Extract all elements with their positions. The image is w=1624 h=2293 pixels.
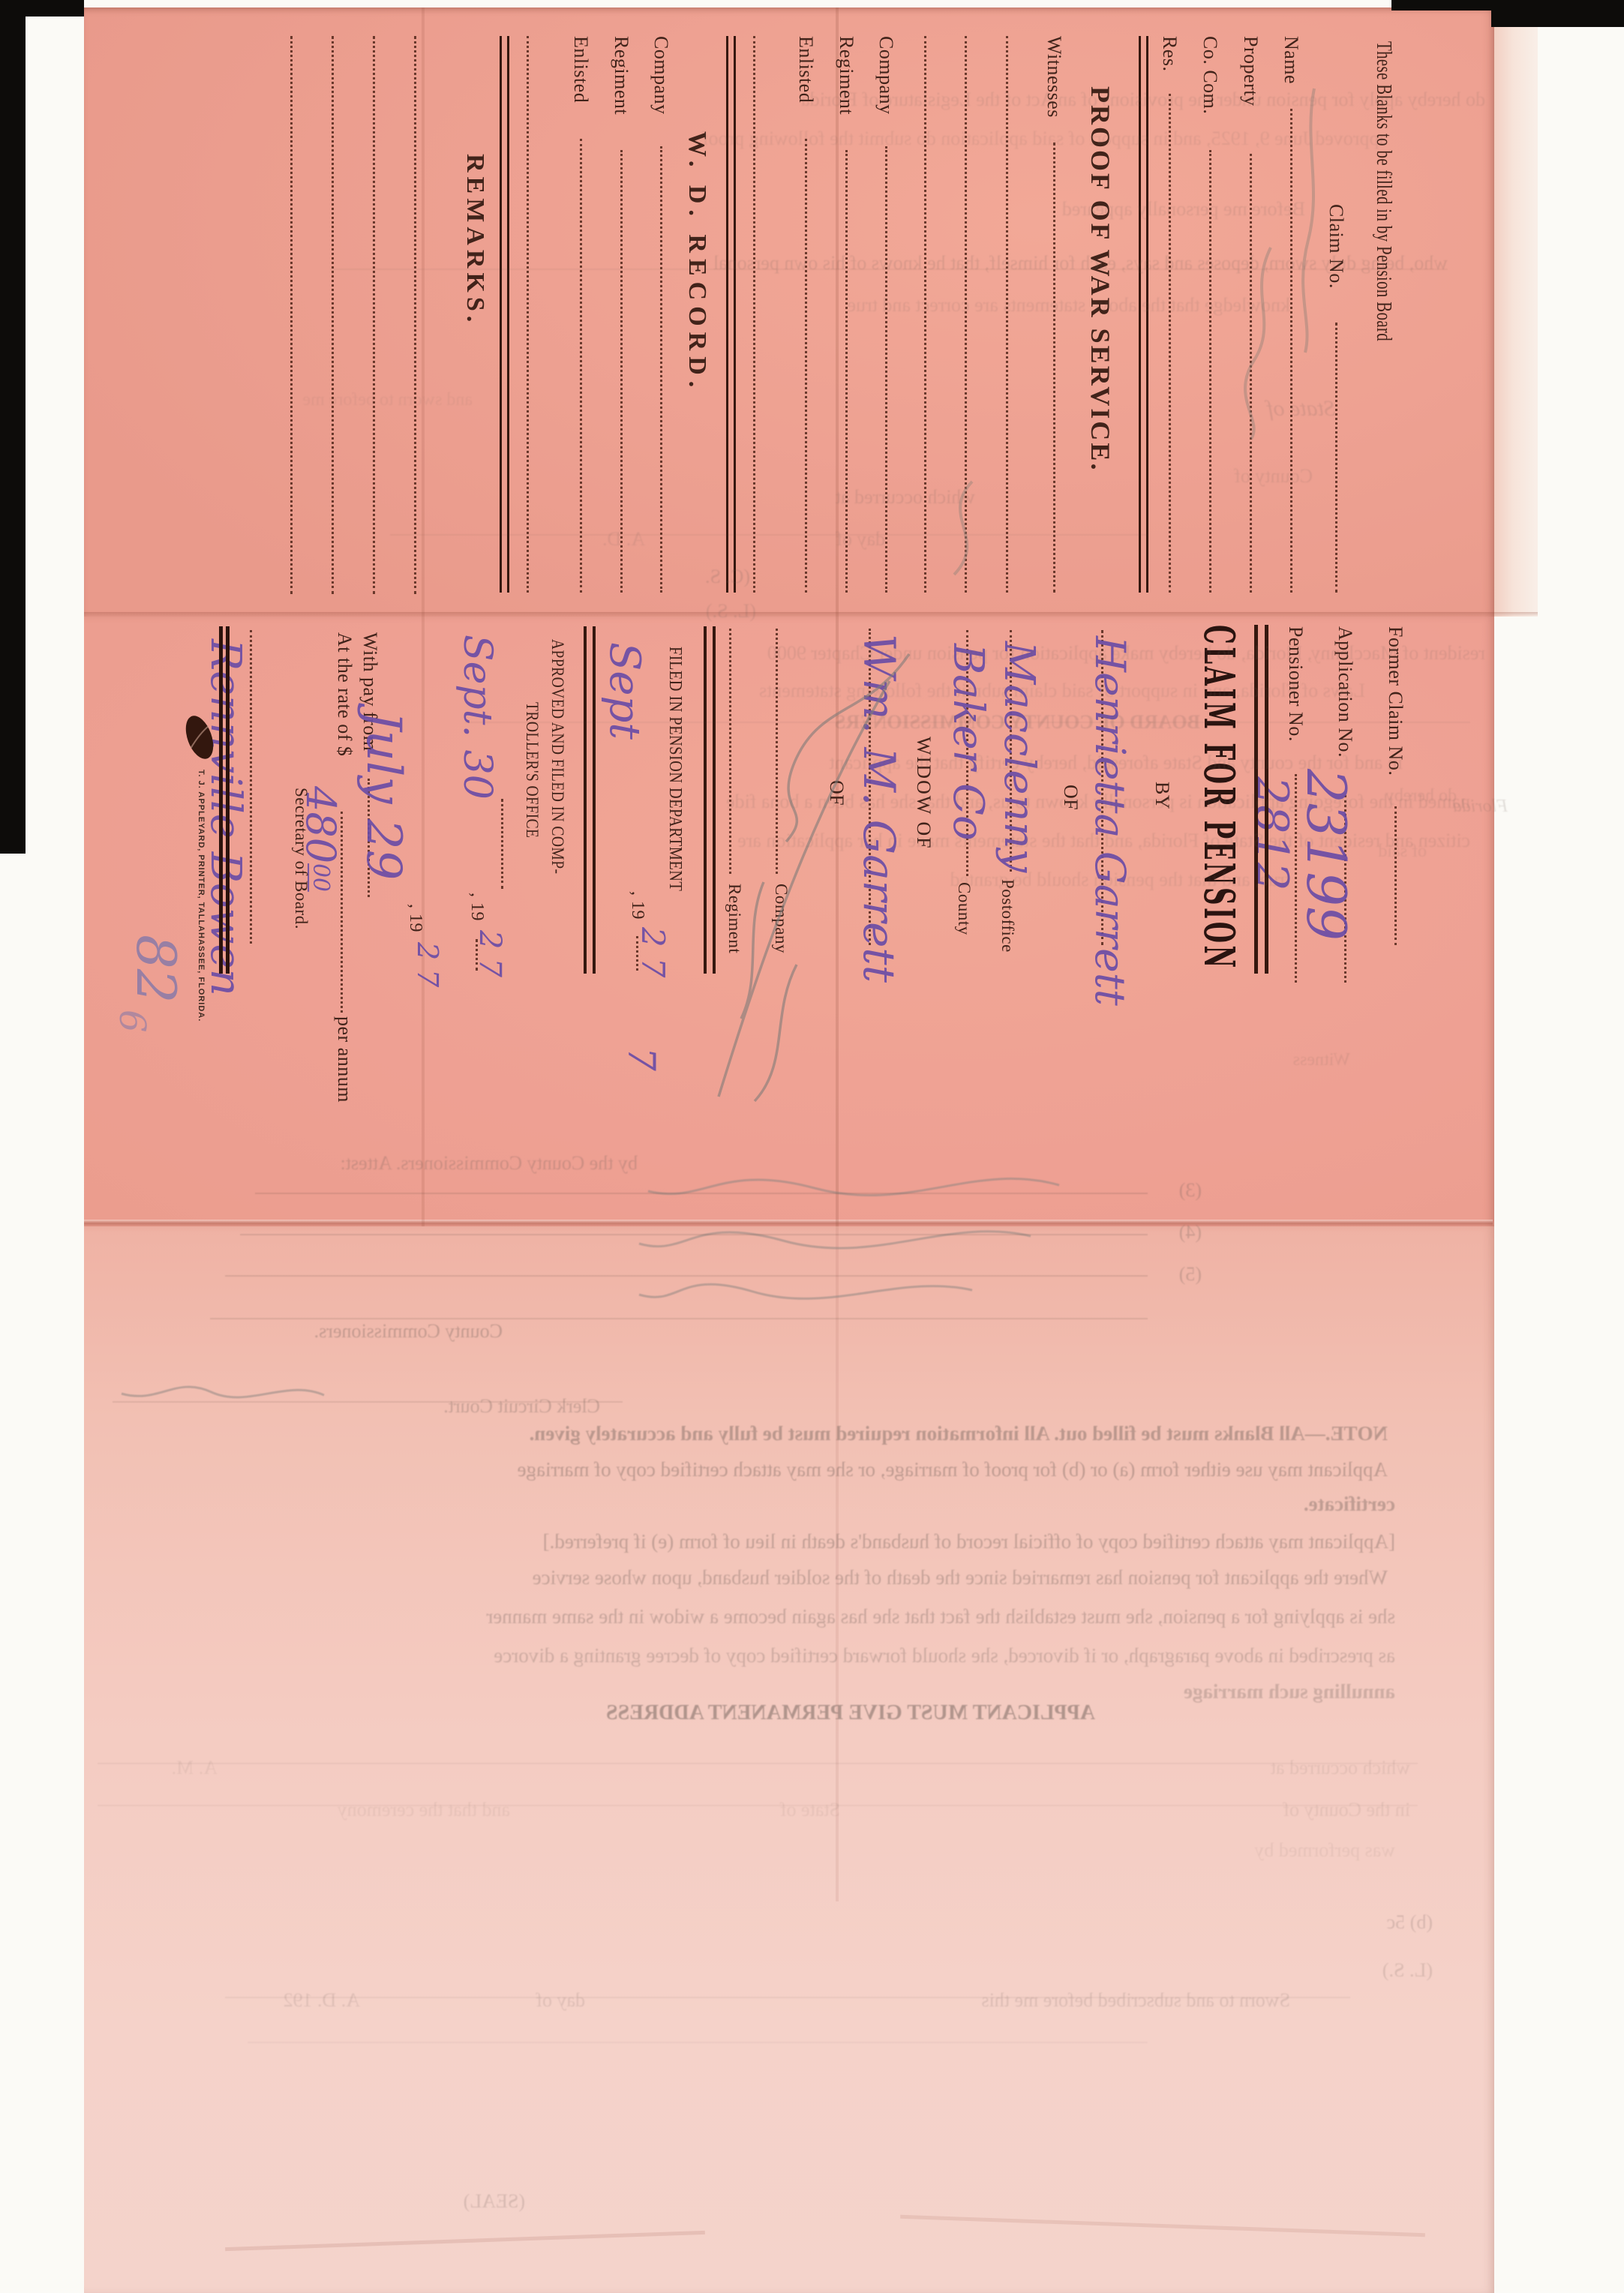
scan-edge-left [0,0,26,854]
bleedthrough-line: in and for the county and State aforesai… [465,752,1403,774]
paper-folded-edge [1494,8,1538,617]
bleedthrough-line: (L. S.) [1320,1959,1433,1982]
bleedthrough-line: (b) 5c [1320,1911,1433,1934]
bleedthrough-line: APPLICANT MUST GIVE PERMANENT ADDRESS [525,1701,1095,1725]
dotted-line [332,36,334,594]
bleedthrough-line: NOTE.—All Blanks must be filled out. All… [188,1422,1388,1445]
bleedthrough-line: State of [675,1799,840,1821]
fold-crease-vertical [422,8,425,1226]
bleedthrough-line: was performed by [1095,1839,1395,1862]
filed-day-value: 7 [620,1047,663,1071]
bleedthrough-line: County Commissioners. [180,1320,503,1343]
bleedthrough-line: and sworn to before me [113,390,473,410]
bleedthrough-rule [98,1805,1418,1806]
dotted-line [660,146,662,593]
pay-year-value: 27 [411,942,444,996]
bleedthrough-line: Applicant may use either form (a) or (b)… [90,1458,1388,1481]
dotted-line [290,36,293,594]
bleedthrough-line: [Applicant may attach certified copy of … [180,1530,1395,1553]
dotted-line [414,36,416,594]
bleedthrough-line: (C. S. [645,566,750,588]
year-19-printed: , 19 [467,893,487,921]
bleedthrough-rule [465,722,1470,723]
bleedthrough-line: (3) [1149,1179,1202,1202]
bleedthrough-rule [255,1193,1148,1194]
bleedthrough-line: County of [1118,465,1313,488]
bleedthrough-rule [210,1318,1148,1319]
pension-claim-scan: These Blanks to be filled in by Pension … [0,0,1624,2293]
year-19-printed: , 19 [627,891,647,920]
heavy-rule [226,626,230,974]
bleedthrough-line: approved June 9, 1925, and in support of… [465,128,1388,150]
scan-edge-topright [1491,0,1624,27]
bleedthrough-line: Before me personally appeared [885,198,1305,221]
bleedthrough-line: which occurred at [1110,1757,1410,1779]
dotted-line [1169,94,1171,593]
bleedthrough-line: A. D. [525,528,645,551]
bleedthrough-line: A. M. [98,1757,218,1779]
bleedthrough-rule [225,1275,1148,1277]
claim-no-label: Claim No. [1325,204,1347,289]
company-label: Company [771,884,791,953]
margin-note-82: 82 [125,935,188,1004]
bleedthrough-line: (4) [1149,1221,1202,1244]
bleedthrough-line: day of [450,1989,585,2012]
dotted-line [1394,806,1397,945]
printer-ornament-icon [180,711,219,764]
bleedthrough-line: knowledge that the above statements are … [465,294,1290,317]
bleedthrough-line: do hereby apply for pension under the pr… [465,89,1485,111]
fold-crease [84,1220,1493,1226]
bleedthrough-line: do hereby [1307,786,1457,806]
regiment-label: Regiment [725,884,744,953]
bleedthrough-rule [113,1401,623,1403]
year-19-printed: , 19 [405,904,425,932]
per-annum-label: per annum [333,1016,356,1103]
bleedthrough-line: annulling such marriage [1065,1680,1395,1703]
dotted-line [1290,109,1292,593]
printer-imprint: T. J. APPLEYARD, PRINTER, TALLAHASSEE, F… [197,770,206,1022]
bleedthrough-rule [225,1997,1350,1998]
bleedthrough-line: by the County Commissioners. Attest: [113,1152,638,1175]
bleedthrough-line: true, and that the pension should be gra… [615,869,1290,891]
bleedthrough-line: Clerk Circuit Court. [315,1395,600,1418]
dotted-line [805,139,807,593]
bleedthrough-line: Sworn to and subscribed before me this [675,1989,1290,2012]
bleedthrough-line: and that the ceremony [150,1799,510,1821]
dotted-line [250,630,252,944]
filed-year-value: 27 [635,927,671,988]
bleedthrough-line: day of [735,528,885,551]
bleedthrough-line: (5) [1149,1263,1202,1286]
bleedthrough-line: as prescribed in above paragraph, or if … [68,1644,1395,1667]
bleedthrough-line: of said [1307,842,1427,862]
bleedthrough-line: State of [1170,396,1335,422]
bleedthrough-line: (SEAL) [405,2190,525,2213]
dotted-line [845,150,848,593]
secretary-of-board-label: Secretary of Board. [291,788,311,929]
bleedthrough-line: she is applying for a pension, she must … [68,1605,1395,1628]
pay-from-value: July 29 [356,711,411,880]
fold-crease [84,612,1538,617]
bleedthrough-line: A. D. 192 [195,1989,360,2012]
margin-note-6: 6 [111,1010,153,1033]
bleedthrough-line: which occurred at [660,486,975,509]
rate-cents: 00 [308,863,334,892]
scan-edge-topleft [0,0,84,17]
bleedthrough-rule [330,269,1448,270]
fold-crease-vertical [836,8,839,1226]
bleedthrough-rule [240,1234,1148,1235]
bleedthrough-line: certificate. [1230,1493,1395,1516]
bleedthrough-rule [98,1763,1418,1764]
stub-heading: These Blanks to be filled in by Pension … [1371,41,1396,341]
dotted-line [373,36,375,594]
bleedthrough-rule [390,534,1148,536]
name-label: Name [1280,36,1302,84]
bleedthrough-line: in the County of [1125,1799,1410,1821]
dotted-line [580,139,582,593]
approved-year-value: 27 [473,930,507,986]
bleedthrough-line: who, being duly sworn, deposes and says,… [323,252,1448,275]
bleedthrough-line: Witness [1215,1050,1350,1070]
rate-label: At the rate of $ [333,632,356,756]
bleedthrough-rule [248,2042,1148,2043]
bleedthrough-line: (L. S.) [644,600,756,623]
bleedthrough-line: Laws of Florida, and in support of said … [465,680,1365,702]
res-label: Res. [1158,36,1181,72]
dotted-line [620,150,623,593]
bleedthrough-line: resident of Macclenny, Florida, do hereb… [465,642,1485,665]
heavy-rule [219,626,223,974]
bleedthrough-line: Where the applicant for pension has rema… [90,1566,1388,1589]
dotted-line [1335,323,1337,593]
